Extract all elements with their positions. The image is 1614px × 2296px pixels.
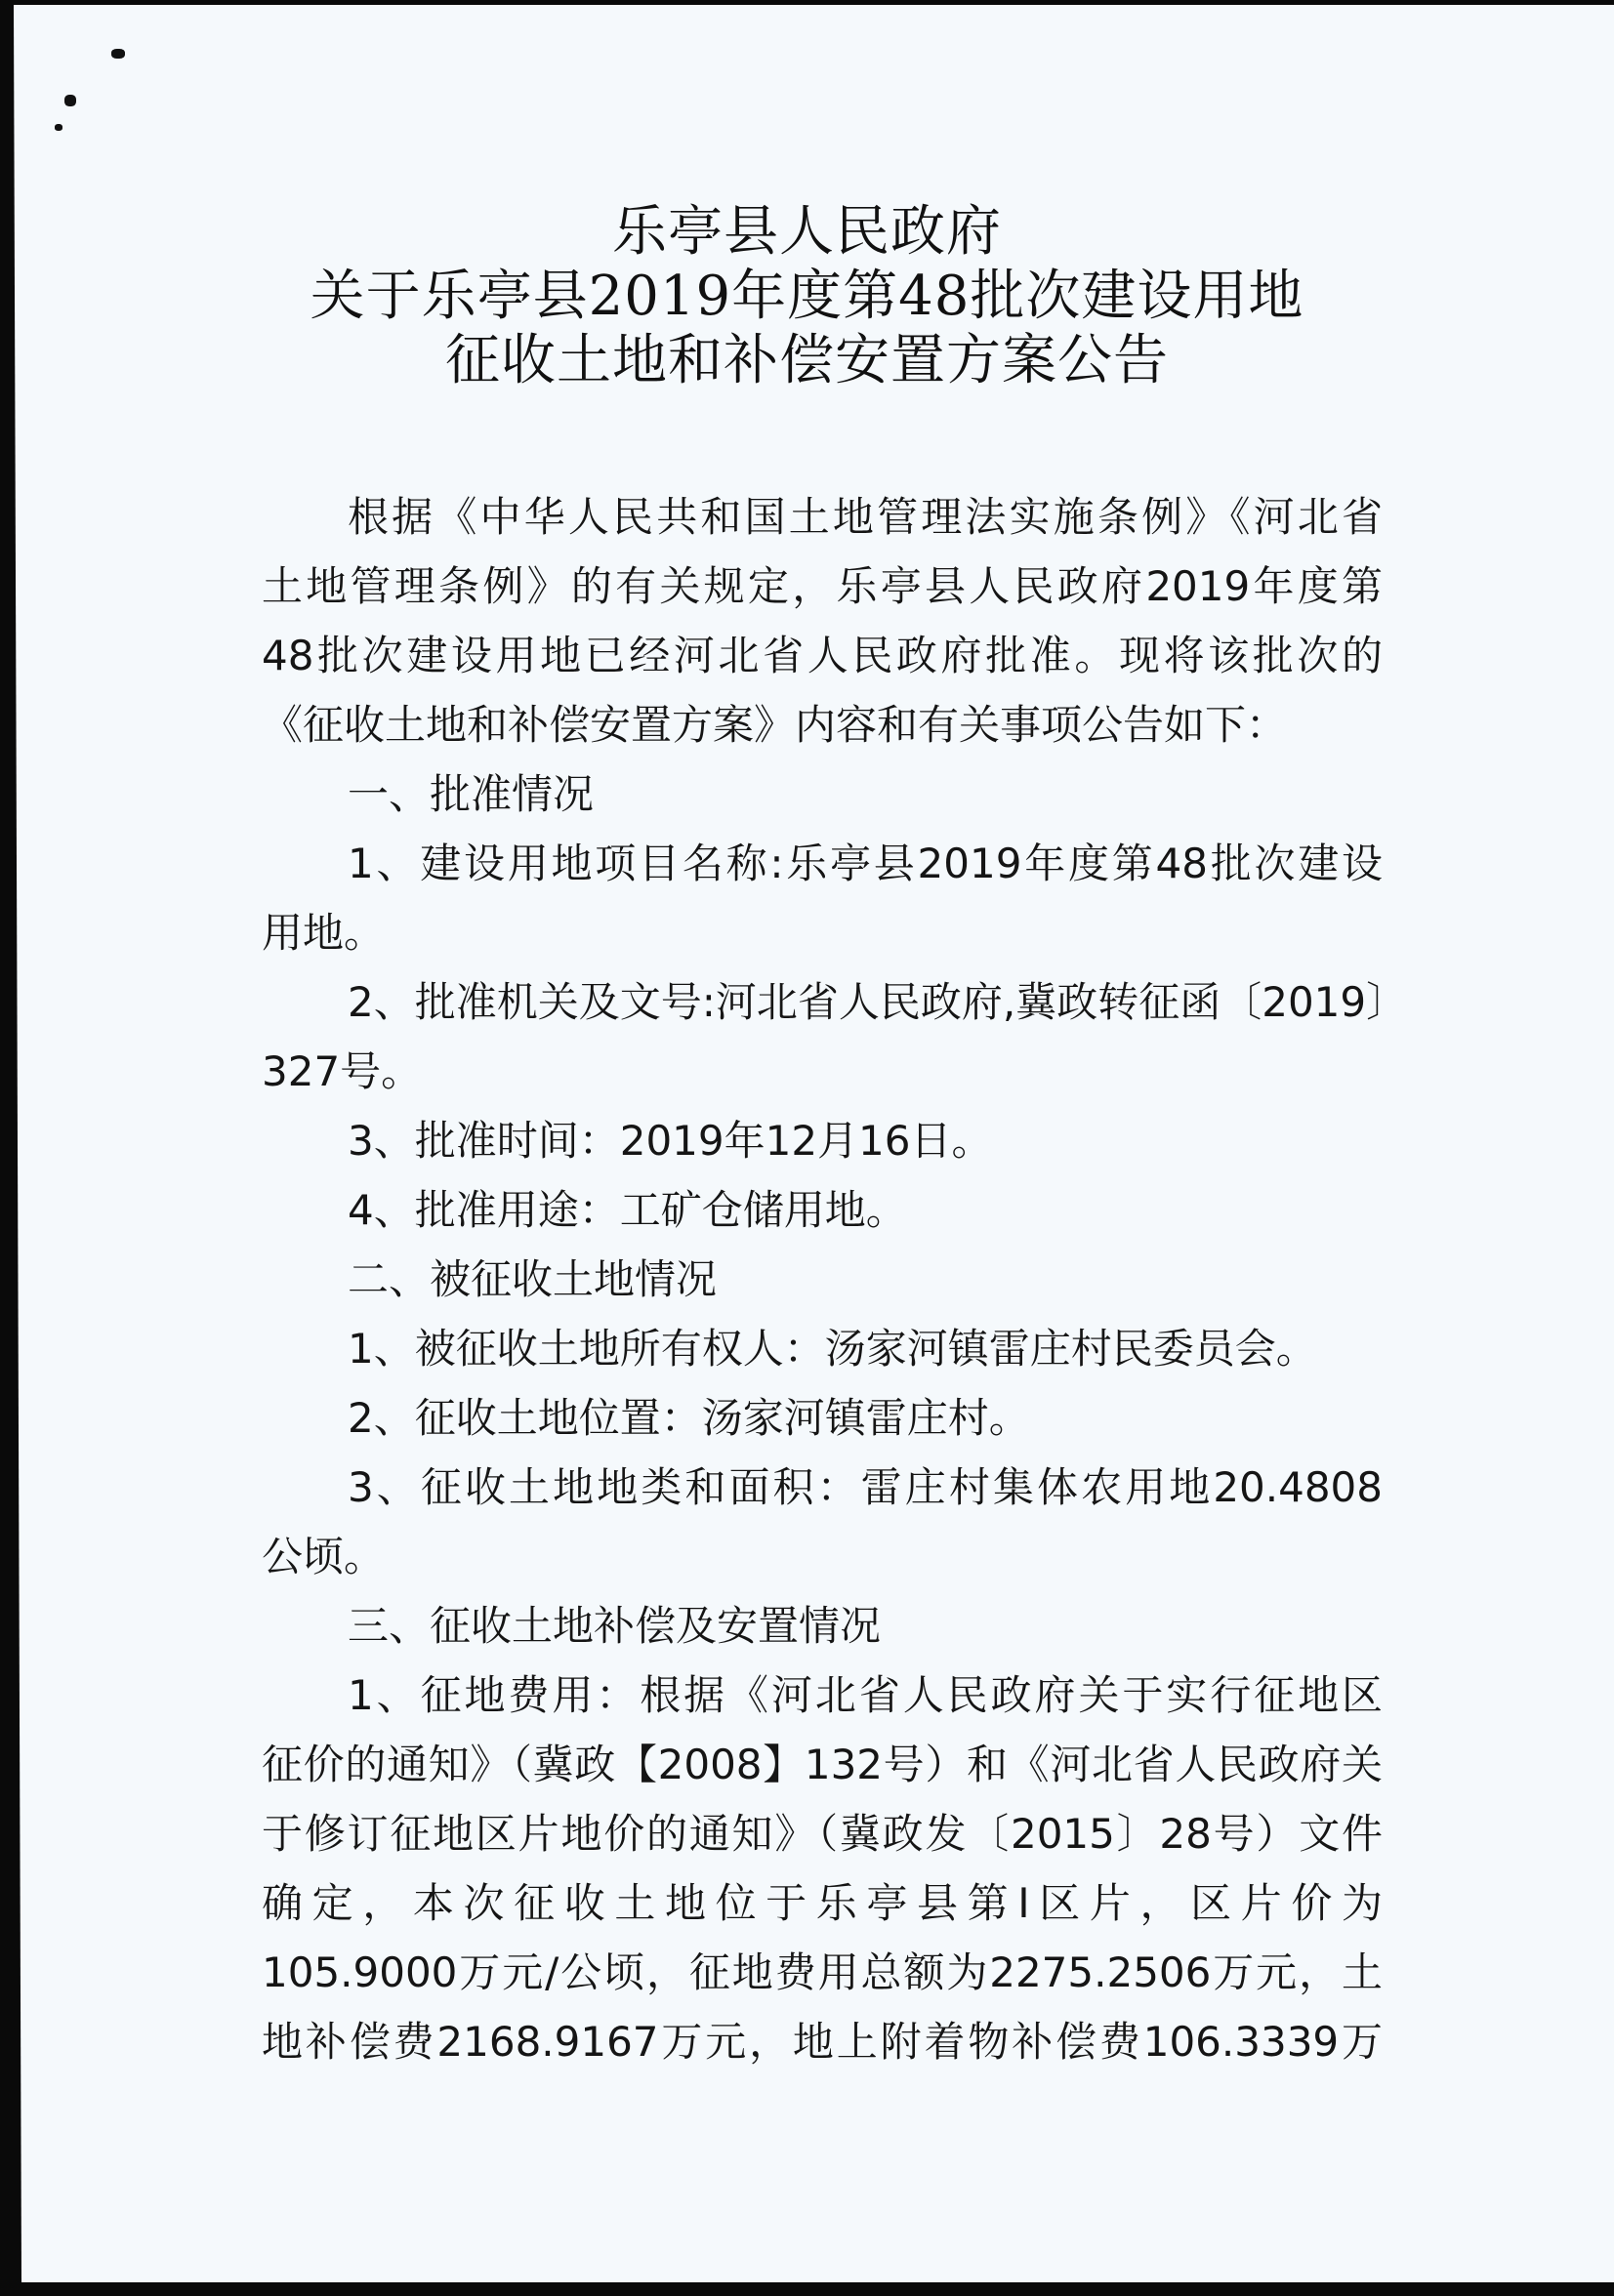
- body-text-line: 征价的通知》（冀政【2008】132号）和《河北省人民政府关: [262, 1730, 1383, 1799]
- body-text-line: 3、批准时间：2019年12月16日。: [262, 1106, 1383, 1175]
- scan-speck-mark: [64, 95, 76, 106]
- body-text-line: 2、征收土地位置：汤家河镇雷庄村。: [262, 1383, 1383, 1453]
- body-text-line: 3、征收土地地类和面积：雷庄村集体农用地20.4808: [262, 1453, 1383, 1522]
- title-issuer: 乐亭县人民政府: [0, 200, 1614, 265]
- body-text-line: 105.9000万元/公顷，征地费用总额为2275.2506万元，土: [262, 1938, 1383, 2007]
- body-text-line: 48批次建设用地已经河北省人民政府批准。现将该批次的: [262, 621, 1383, 690]
- body-text-line: 用地。: [262, 898, 1383, 967]
- body-text-line: 二、被征收土地情况: [262, 1245, 1383, 1314]
- scan-speck-mark: [55, 124, 62, 131]
- document-title: 乐亭县人民政府 关于乐亭县2019年度第48批次建设用地 征收土地和补偿安置方案…: [0, 200, 1614, 393]
- body-text-line: 一、批准情况: [262, 759, 1383, 829]
- body-text-line: 公顷。: [262, 1522, 1383, 1591]
- body-text-line: 1、被征收土地所有权人：汤家河镇雷庄村民委员会。: [262, 1314, 1383, 1383]
- body-text-line: 1、征地费用：根据《河北省人民政府关于实行征地区: [262, 1660, 1383, 1730]
- body-text-line: 土地管理条例》的有关规定，乐亭县人民政府2019年度第: [262, 552, 1383, 621]
- body-text-line: 2、批准机关及文号:河北省人民政府,冀政转征函〔2019〕: [262, 967, 1383, 1037]
- body-text-line: 地补偿费2168.9167万元，地上附着物补偿费106.3339万: [262, 2007, 1383, 2076]
- body-text-line: 《征收土地和补偿安置方案》内容和有关事项公告如下：: [262, 690, 1383, 759]
- body-text-line: 1、建设用地项目名称:乐亭县2019年度第48批次建设: [262, 829, 1383, 898]
- title-subject-line-2: 征收土地和补偿安置方案公告: [0, 329, 1614, 393]
- title-subject-line-1: 关于乐亭县2019年度第48批次建设用地: [0, 265, 1614, 329]
- body-text-line: 确定，本次征收土地位于乐亭县第Ⅰ区片，区片价为: [262, 1868, 1383, 1938]
- document-body: 根据《中华人民共和国土地管理法实施条例》《河北省土地管理条例》的有关规定，乐亭县…: [262, 482, 1383, 2076]
- body-text-line: 根据《中华人民共和国土地管理法实施条例》《河北省: [262, 482, 1383, 552]
- body-text-line: 4、批准用途：工矿仓储用地。: [262, 1175, 1383, 1245]
- body-text-line: 327号。: [262, 1037, 1383, 1106]
- body-text-line: 于修订征地区片地价的通知》（冀政发〔2015〕28号）文件: [262, 1799, 1383, 1868]
- body-text-line: 三、征收土地补偿及安置情况: [262, 1591, 1383, 1660]
- scan-speck-mark: [111, 49, 125, 59]
